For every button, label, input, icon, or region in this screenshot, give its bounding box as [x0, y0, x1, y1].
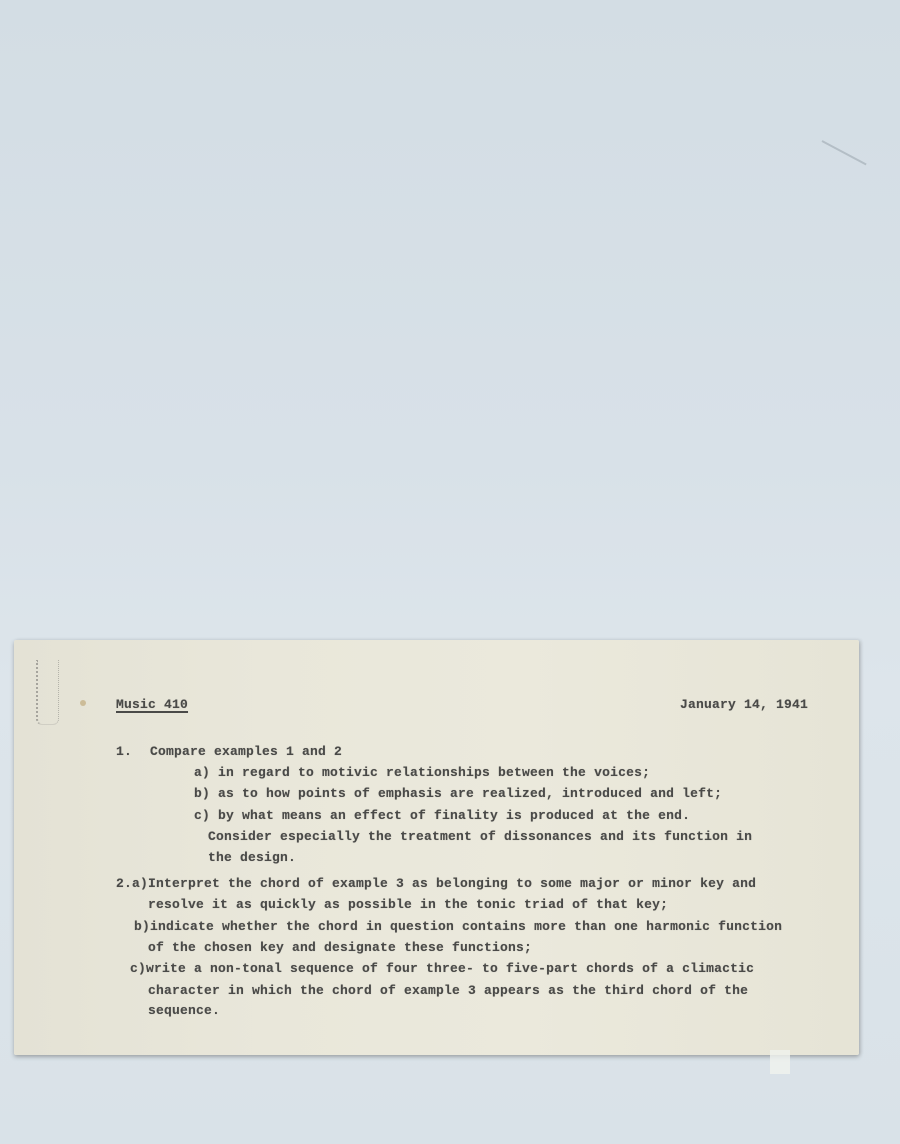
question-1-intro: Compare examples 1 and 2 — [150, 744, 342, 759]
paper-tab — [770, 1050, 790, 1074]
staple-mark — [36, 660, 59, 725]
question-2-item-c-end: sequence. — [148, 1003, 220, 1018]
question-2-item-c-continued: character in which the chord of example … — [148, 983, 748, 998]
paper-stain — [80, 700, 86, 706]
question-1-item-c-continued: Consider especially the treatment of dis… — [208, 829, 752, 844]
question-2-item-b-continued: of the chosen key and designate these fu… — [148, 940, 532, 955]
course-title: Music 410 — [116, 697, 188, 712]
question-1-item-b: b) as to how points of emphasis are real… — [194, 786, 722, 801]
exam-date: January 14, 1941 — [680, 697, 808, 712]
question-2-item-c: c)write a non-tonal sequence of four thr… — [130, 961, 754, 976]
background-scratch-mark — [822, 140, 867, 165]
question-2-item-a: 2.a)Interpret the chord of example 3 as … — [116, 876, 756, 891]
question-1-number: 1. — [116, 744, 132, 759]
question-1-item-a: a) in regard to motivic relationships be… — [194, 765, 650, 780]
exam-sheet: Music 410 January 14, 1941 1. Compare ex… — [14, 640, 859, 1055]
question-1-item-c-end: the design. — [208, 850, 296, 865]
question-1-item-c: c) by what means an effect of finality i… — [194, 808, 690, 823]
question-2-item-a-continued: resolve it as quickly as possible in the… — [148, 897, 668, 912]
question-2-item-b: b)indicate whether the chord in question… — [134, 919, 782, 934]
